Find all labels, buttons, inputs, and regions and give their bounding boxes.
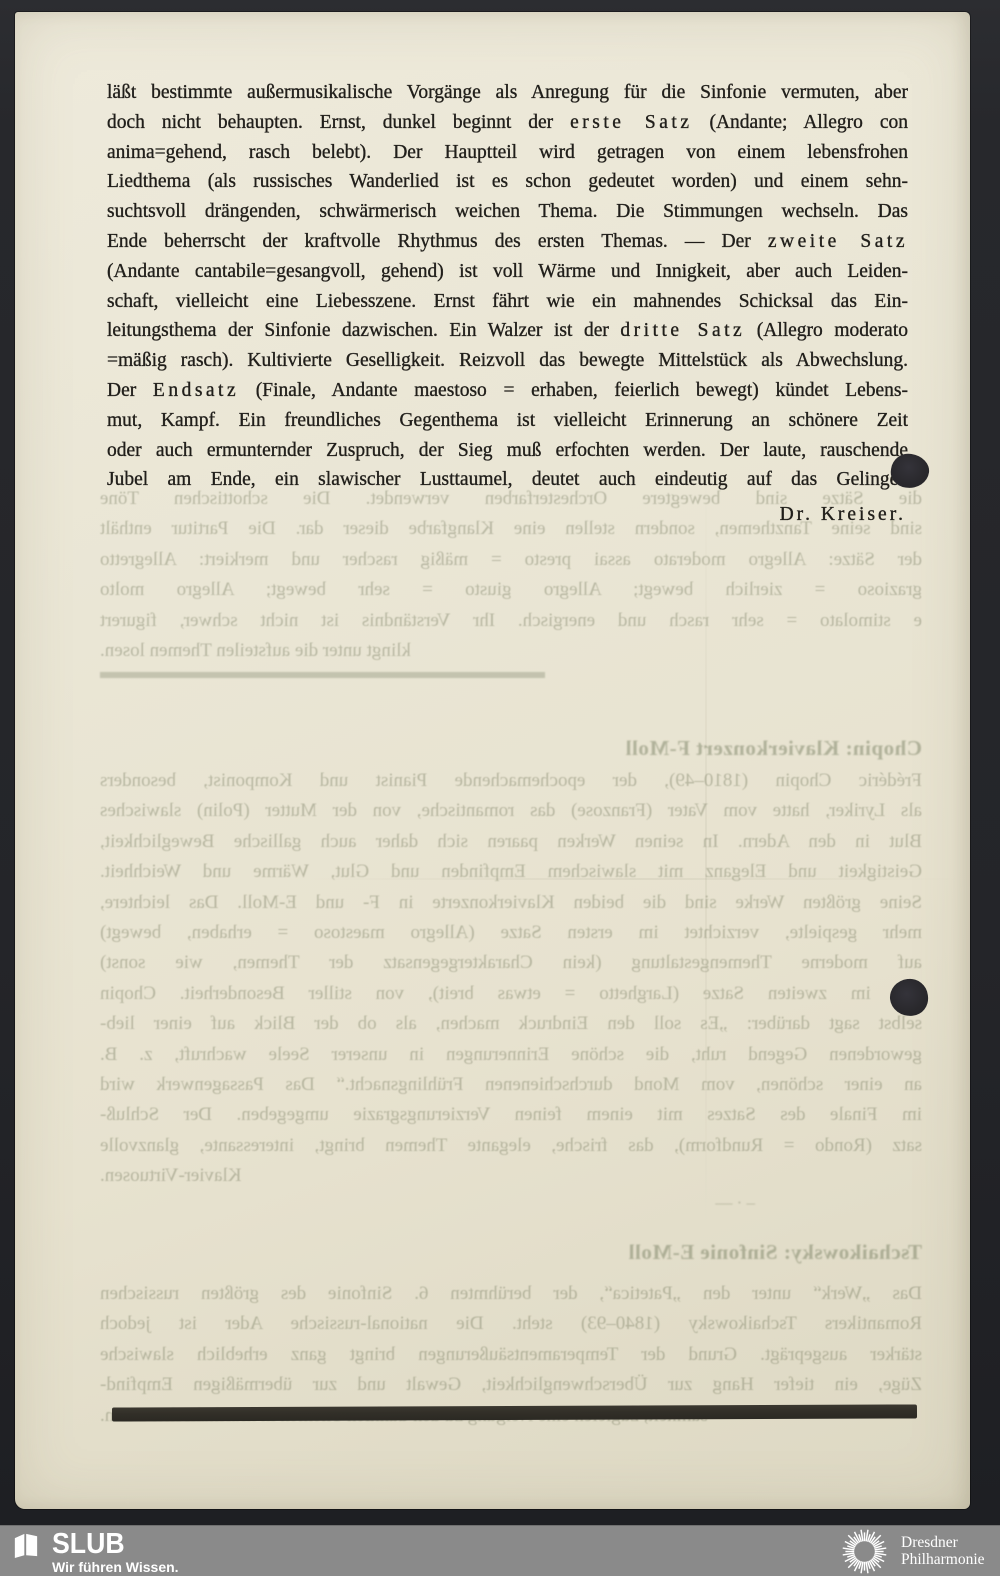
program-notes-paragraph: läßt bestimmte außermusikalische Vorgäng… <box>107 78 908 495</box>
ghost-paragraph-b: Frédéric Chopin (1810–49), der epochemac… <box>100 770 922 1195</box>
philharmonie-starburst-icon <box>841 1528 888 1575</box>
philharmonie-line1: Dresdner <box>901 1535 985 1552</box>
text-line: Seine größten Werke sind die beiden Klav… <box>100 892 922 922</box>
slub-logo[interactable]: SLUB Wir führen Wissen. <box>13 1529 179 1575</box>
text-line: =mäßig rasch). Kultivierte Geselligkeit.… <box>107 346 908 376</box>
ghost-paragraph-a: die Sätze sind bewegtere Orchesterfarben… <box>100 488 922 670</box>
text-line: der Sätze: Allegro moderato assai presto… <box>100 549 922 579</box>
text-line: mut, Kampf. Ein freundliches Gegenthema … <box>107 406 908 436</box>
philharmonie-line2: Philharmonie <box>901 1552 985 1569</box>
text-line: auf moderne Themengestaltung (kein Chara… <box>100 952 922 982</box>
philharmonie-logo[interactable]: Dresdner Philharmonie <box>841 1528 985 1575</box>
text-line: im Finale des Satzes mit einem feinen Ve… <box>100 1104 922 1134</box>
text-line: anima=gehend, rasch belebt). Der Hauptte… <box>107 138 908 168</box>
text-line: an einer schönen, vom Mond durchschienen… <box>100 1074 922 1104</box>
text-line: sind seine Tanzthemen, sondern stellen e… <box>100 518 922 548</box>
slub-tagline: Wir führen Wissen. <box>52 1560 179 1575</box>
text-line: suchtsvoll drängenden, schwärmerisch wei… <box>107 197 908 227</box>
slub-wordmark: SLUB <box>52 1529 168 1559</box>
scanned-page: läßt bestimmte außermusikalische Vorgäng… <box>15 12 970 1509</box>
text-line: wie im zweiten Satze (Larghetto = etwas … <box>100 983 922 1013</box>
text-line: Züge, ein tiefer Hang zur Überschwenglic… <box>100 1374 922 1404</box>
slub-book-icon <box>13 1532 39 1559</box>
text-line: als Lyriker, hatte vom Vater (Franzose) … <box>100 800 922 830</box>
text-line: Blut in den Adern. In seinen Werken paar… <box>100 831 922 861</box>
text-line: Frédéric Chopin (1810–49), der epochemac… <box>100 770 922 800</box>
ghost-rule <box>100 672 545 678</box>
ghost-fragment: – · — <box>615 1193 755 1213</box>
text-line: Der Endsatz (Finale, Andante maestoso = … <box>107 376 908 406</box>
text-line: Ende beherrscht der kraftvolle Rhythmus … <box>107 227 908 257</box>
text-line: grazioso = zierlich bewegt; Allegro gius… <box>100 579 922 609</box>
text-line: Geistigkeit und Eleganz mit slawischem E… <box>100 861 922 891</box>
text-line: satz (Rondo = Rundform), das frische, el… <box>100 1135 922 1165</box>
text-line: läßt bestimmte außermusikalische Vorgäng… <box>107 78 908 108</box>
text-line: leitungsthema der Sinfonie dazwischen. E… <box>107 316 908 346</box>
viewer-stage: läßt bestimmte außermusikalische Vorgäng… <box>0 0 1000 1576</box>
text-line: Romantikers Tschaikowsky (1840–93) steht… <box>100 1313 922 1343</box>
ghost-heading-chopin: Chopin: Klavierkonzert F-Moll <box>100 736 922 761</box>
text-line: (Andante cantabile=gesangvoll, gehend) i… <box>107 257 908 287</box>
text-line: Das „Werk“ unter den „Patetica“, der ber… <box>100 1283 922 1313</box>
philharmonie-text: Dresdner Philharmonie <box>901 1535 985 1568</box>
text-line: Klavier-Virtuosen. <box>100 1165 922 1195</box>
slub-text: SLUB Wir führen Wissen. <box>52 1529 179 1575</box>
ghost-heading-tschaikowsky: Tschaikowsky: Sinfonie E-Moll <box>100 1240 922 1265</box>
text-line: klingt unter die aufsteilen Themen losen… <box>100 640 922 670</box>
text-line: gewordenen Gegend ruht, die schöne Erinn… <box>100 1044 922 1074</box>
text-line: doch nicht behaupten. Ernst, dunkel begi… <box>107 108 908 138</box>
text-line: schaft, vielleicht eine Liebesszene. Ern… <box>107 287 908 317</box>
text-line: mehr gespielte, verzichtet im ersten Sat… <box>100 922 922 952</box>
text-line: selbst sagt darüber: „Es soll den Eindru… <box>100 1013 922 1043</box>
text-line: die Sätze sind bewegtere Orchesterfarben… <box>100 488 922 518</box>
text-line: e stimolato = sehr rasch und energisch. … <box>100 610 922 640</box>
text-line: oder auch ermunternder Zuspruch, der Sie… <box>107 436 908 466</box>
text-line: Liedthema (als russisches Wanderlied ist… <box>107 167 908 197</box>
text-line: stärker ausgeprägt. Grund der Temperamen… <box>100 1344 922 1374</box>
viewer-footer: SLUB Wir führen Wissen. Dresdner Philhar… <box>0 1525 1000 1576</box>
